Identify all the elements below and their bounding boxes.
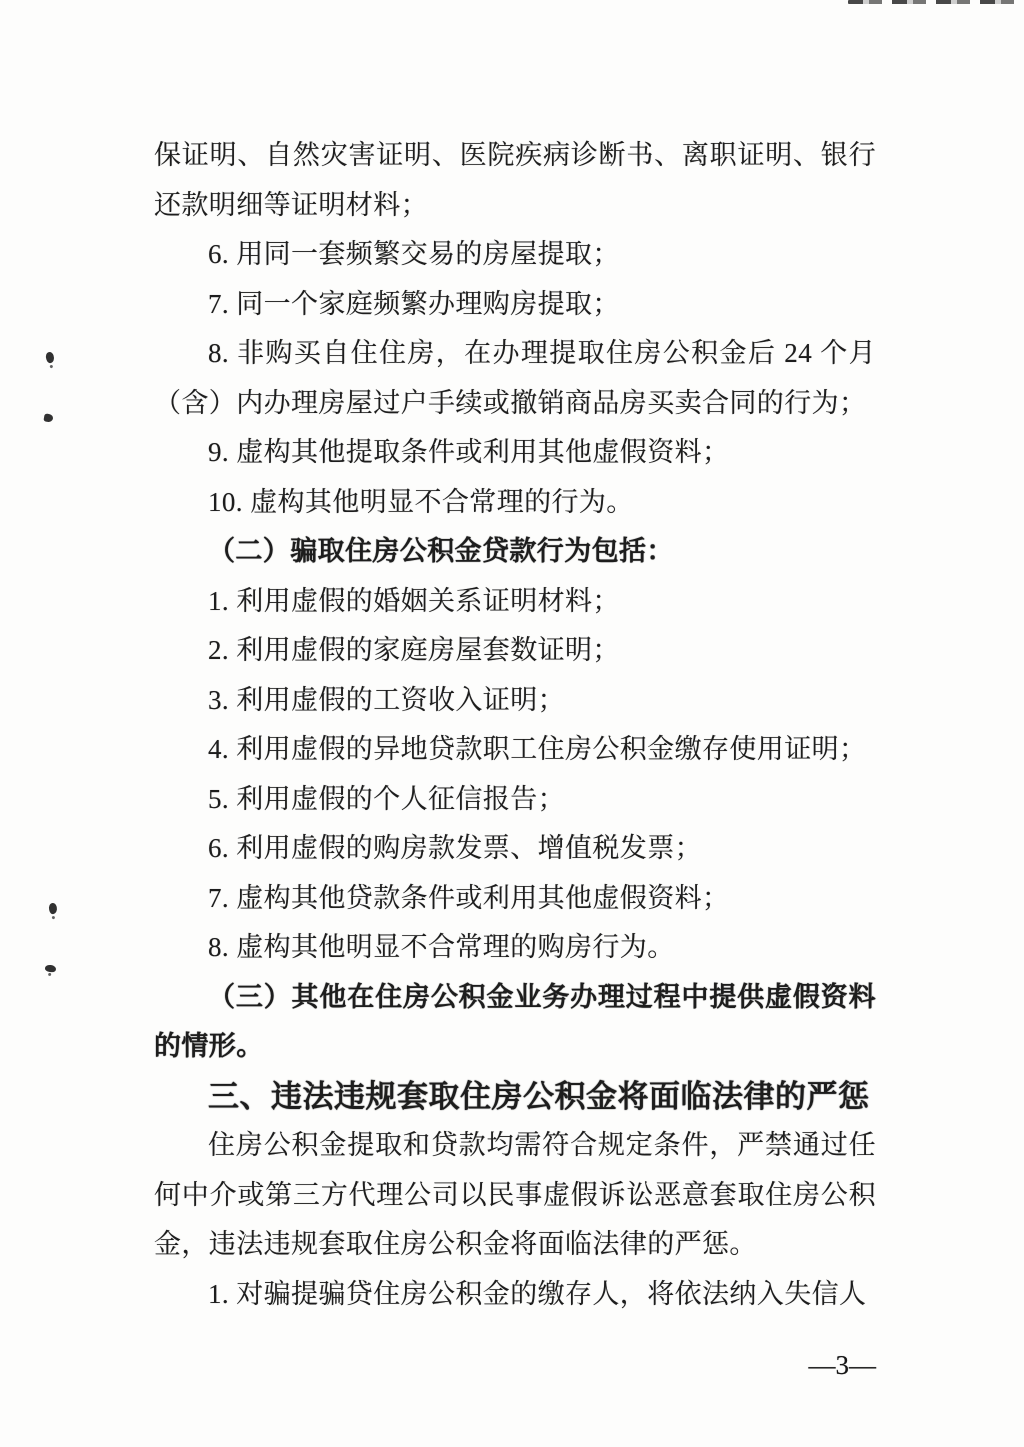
section-heading-3: 三、违法违规套取住房公积金将面临法律的严惩	[154, 1072, 876, 1122]
list-item-withdraw-10: 10. 虚构其他明显不合常理的行为。	[154, 478, 876, 528]
list-item-penalty-1: 1. 对骗提骗贷住房公积金的缴存人，将依法纳入失信人	[154, 1270, 876, 1320]
ink-speck	[43, 413, 53, 422]
list-item-withdraw-8: 8. 非购买自住住房，在办理提取住房公积金后 24 个月（含）内办理房屋过户手续…	[154, 329, 876, 428]
ink-speck	[45, 964, 57, 972]
list-item-withdraw-7: 7. 同一个家庭频繁办理购房提取；	[154, 280, 876, 330]
list-item-loan-4: 4. 利用虚假的异地贷款职工住房公积金缴存使用证明；	[154, 725, 876, 775]
subheading-section-2: （二）骗取住房公积金贷款行为包括：	[154, 527, 876, 577]
subheading-section-3: （三）其他在住房公积金业务办理过程中提供虚假资料的情形。	[154, 973, 876, 1072]
page-number: —3—	[809, 1350, 877, 1381]
list-item-loan-5: 5. 利用虚假的个人征信报告；	[154, 775, 876, 825]
ink-speck	[48, 902, 58, 914]
list-item-loan-8: 8. 虚构其他明显不合常理的购房行为。	[154, 923, 876, 973]
document-page: 保证明、自然灾害证明、医院疾病诊断书、离职证明、银行还款明细等证明材料； 6. …	[0, 0, 1024, 1447]
list-item-loan-1: 1. 利用虚假的婚姻关系证明材料；	[154, 577, 876, 627]
document-body: 保证明、自然灾害证明、医院疾病诊断书、离职证明、银行还款明细等证明材料； 6. …	[154, 131, 876, 1319]
list-item-withdraw-9: 9. 虚构其他提取条件或利用其他虚假资料；	[154, 428, 876, 478]
list-item-loan-6: 6. 利用虚假的购房款发票、增值税发票；	[154, 824, 876, 874]
paragraph-continuation: 保证明、自然灾害证明、医院疾病诊断书、离职证明、银行还款明细等证明材料；	[154, 131, 876, 230]
list-item-loan-3: 3. 利用虚假的工资收入证明；	[154, 676, 876, 726]
body-paragraph: 住房公积金提取和贷款均需符合规定条件，严禁通过任何中介或第三方代理公司以民事虚假…	[154, 1121, 876, 1270]
scan-artifact-dashes	[848, 0, 1024, 4]
list-item-loan-2: 2. 利用虚假的家庭房屋套数证明；	[154, 626, 876, 676]
ink-speck	[44, 351, 55, 364]
list-item-loan-7: 7. 虚构其他贷款条件或利用其他虚假资料；	[154, 874, 876, 924]
list-item-withdraw-6: 6. 用同一套频繁交易的房屋提取；	[154, 230, 876, 280]
